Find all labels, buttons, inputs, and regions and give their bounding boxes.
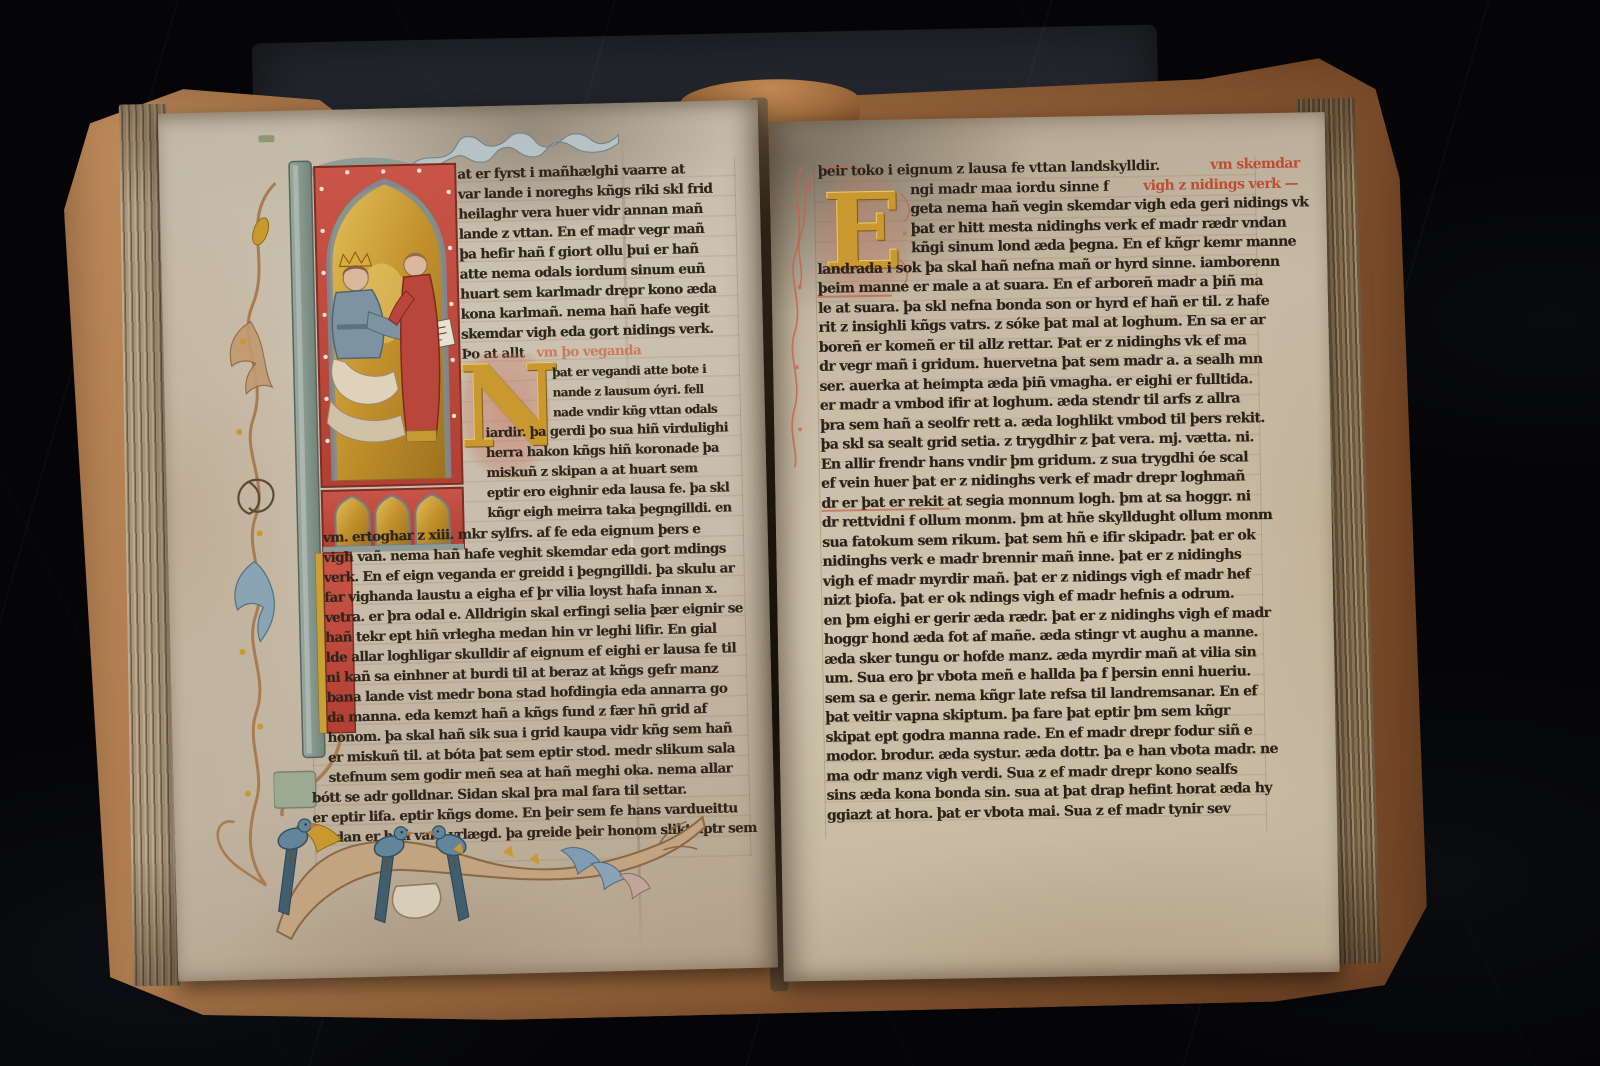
right-page: E þeir toko i eignum z lausa fe vttan la… [769, 112, 1340, 982]
photo-backdrop: at er fyrst i mañhælghi vaarre atvar lan… [0, 0, 1600, 1066]
shelfmark-stamp [258, 135, 274, 142]
green-parchment-patch [273, 771, 316, 808]
left-text-indented: iardir. þa gerdi þo sua hiñ virdulighihe… [485, 418, 737, 524]
red-rubric-nidings-verk: vigh z nidings verk — [1143, 174, 1298, 196]
red-rubric-skemdar: vm skemdar [1210, 154, 1300, 175]
open-manuscript-book: at er fyrst i mañhælghi vaarre atvar lan… [61, 48, 1435, 1032]
right-line2-text: ngi madr maa iordu sinne f [910, 178, 1109, 197]
bottom-vine-with-birds [266, 801, 710, 976]
right-text-beside-initial: geta nema hañ vegin skemdar vigh eda ger… [910, 193, 1299, 258]
left-text-beside-n: þat er vegandi atte bote inande z lausum… [552, 358, 737, 422]
left-text-beside-initial: at er fyrst i mañhælghi vaarre atvar lan… [457, 158, 737, 344]
left-page: at er fyrst i mañhælghi vaarre atvar lan… [158, 100, 778, 982]
left-text-full-width: vm. ertoghar z xiii. mkr sylfrs. af fe e… [323, 518, 745, 788]
right-text-full-width: landrada i sok þa skal hañ nefna mañ or … [817, 253, 1267, 826]
